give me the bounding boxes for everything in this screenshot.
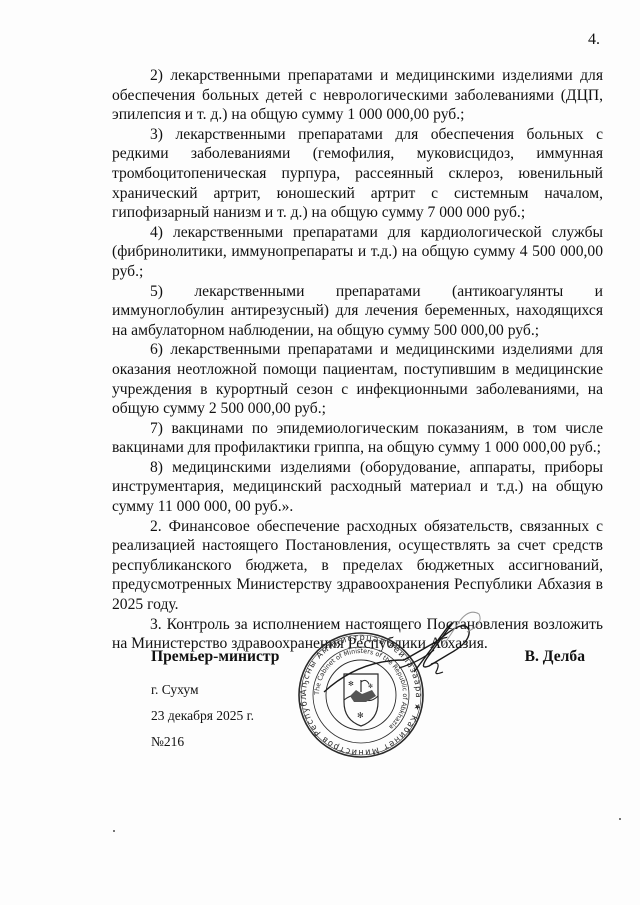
signing-date: 23 декабря 2025 г. — [151, 708, 254, 724]
page-number: 4. — [588, 31, 600, 49]
list-item-2: 2) лекарственными препаратами и медицинс… — [112, 66, 603, 125]
signatory-name: В. Делба — [525, 648, 585, 666]
list-item-7: 7) вакцинами по эпидемиологическим показ… — [112, 419, 603, 458]
list-item-5: 5) лекарственными препаратами (антикоагу… — [112, 282, 603, 341]
svg-text:✻: ✻ — [357, 711, 364, 720]
scan-speck — [113, 830, 115, 832]
document-number: №216 — [151, 734, 184, 750]
document-page: 4. 2) лекарственными препаратами и медиц… — [0, 0, 640, 905]
scan-speck — [619, 818, 621, 820]
list-item-3: 3) лекарственными препаратами для обеспе… — [112, 125, 603, 223]
signature-block: Премьер-министр В. Делба г. Сухум 23 дек… — [151, 640, 611, 780]
document-body: 2) лекарственными препаратами и медицинс… — [112, 66, 603, 654]
clause-2-financing: 2. Финансовое обеспечение расходных обяз… — [112, 517, 603, 615]
list-item-6: 6) лекарственными препаратами и медицинс… — [112, 340, 603, 418]
signatory-title: Премьер-министр — [151, 648, 279, 666]
handwritten-signature-icon — [319, 610, 489, 710]
list-item-8: 8) медицинскими изделиями (оборудование,… — [112, 458, 603, 517]
list-item-4: 4) лекарственными препаратами для кардио… — [112, 223, 603, 282]
signing-city: г. Сухум — [151, 682, 199, 698]
